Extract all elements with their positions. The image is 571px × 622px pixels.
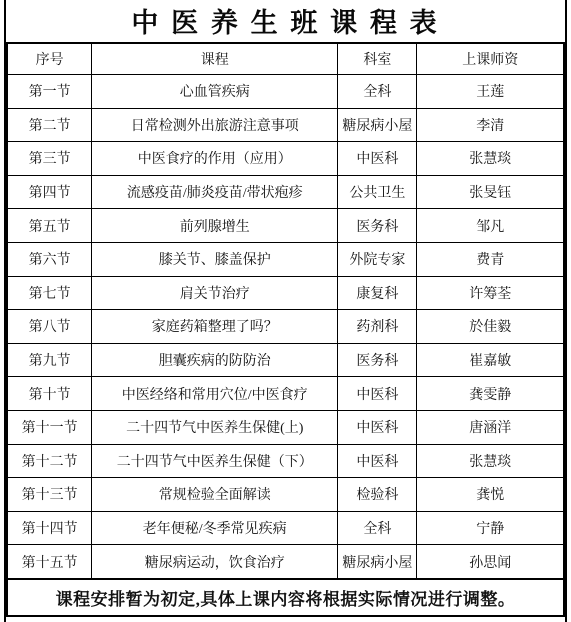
- footer-note: 课程安排暂为初定,具体上课内容将根据实际情况进行调整。: [7, 579, 564, 616]
- department-cell: 医务科: [338, 209, 417, 243]
- teacher-cell: 许筹荃: [417, 276, 564, 310]
- department-cell: 药剂科: [338, 310, 417, 344]
- department-cell: 中医科: [338, 142, 417, 176]
- session-cell: 第十节: [7, 377, 92, 411]
- course-cell: 前列腺增生: [92, 209, 338, 243]
- session-cell: 第五节: [7, 209, 92, 243]
- schedule-table-body: 第一节心血管疾病全科王莲第二节日常检测外出旅游注意事项糖尿病小屋李清第三节中医食…: [7, 75, 564, 579]
- table-row: 第十五节糖尿病运动，饮食治疗糖尿病小屋孙思闻: [7, 545, 564, 579]
- session-cell: 第八节: [7, 310, 92, 344]
- table-row: 第九节胆囊疾病的防防治医务科崔嘉敏: [7, 343, 564, 377]
- schedule-sheet: 中 医 养 生 班 课 程 表 序号 课程 科室 上课师资 第一节心血管疾病全科…: [4, 0, 567, 622]
- course-cell: 心血管疾病: [92, 75, 338, 109]
- department-cell: 糖尿病小屋: [338, 108, 417, 142]
- table-row: 第十四节老年便秘/冬季常见疾病全科宁静: [7, 511, 564, 545]
- header-session: 序号: [7, 43, 92, 75]
- session-cell: 第六节: [7, 242, 92, 276]
- department-cell: 糖尿病小屋: [338, 545, 417, 579]
- header-teacher: 上课师资: [417, 43, 564, 75]
- table-row: 第五节前列腺增生医务科邹凡: [7, 209, 564, 243]
- table-row: 第十三节常规检验全面解读检验科龚悦: [7, 478, 564, 512]
- session-cell: 第四节: [7, 175, 92, 209]
- course-cell: 中医经络和常用穴位/中医食疗: [92, 377, 338, 411]
- course-cell: 日常检测外出旅游注意事项: [92, 108, 338, 142]
- course-cell: 二十四节气中医养生保健（下）: [92, 444, 338, 478]
- course-cell: 中医食疗的作用（应用）: [92, 142, 338, 176]
- session-cell: 第十二节: [7, 444, 92, 478]
- session-cell: 第三节: [7, 142, 92, 176]
- teacher-cell: 王莲: [417, 75, 564, 109]
- table-row: 第十一节二十四节气中医养生保健(上)中医科唐涵洋: [7, 410, 564, 444]
- course-cell: 二十四节气中医养生保健(上): [92, 410, 338, 444]
- session-cell: 第十四节: [7, 511, 92, 545]
- session-cell: 第二节: [7, 108, 92, 142]
- teacher-cell: 龚雯静: [417, 377, 564, 411]
- department-cell: 检验科: [338, 478, 417, 512]
- department-cell: 公共卫生: [338, 175, 417, 209]
- session-cell: 第十三节: [7, 478, 92, 512]
- teacher-cell: 龚悦: [417, 478, 564, 512]
- schedule-document: { "title": "中 医 养 生 班 课 程 表", "table": {…: [0, 0, 571, 622]
- session-cell: 第七节: [7, 276, 92, 310]
- header-department: 科室: [338, 43, 417, 75]
- session-cell: 第九节: [7, 343, 92, 377]
- table-row: 第七节肩关节治疗康复科许筹荃: [7, 276, 564, 310]
- department-cell: 外院专家: [338, 242, 417, 276]
- teacher-cell: 费青: [417, 242, 564, 276]
- table-row: 第四节流感疫苗/肺炎疫苗/带状疱疹公共卫生张旻钰: [7, 175, 564, 209]
- department-cell: 全科: [338, 75, 417, 109]
- table-row: 第一节心血管疾病全科王莲: [7, 75, 564, 109]
- course-cell: 流感疫苗/肺炎疫苗/带状疱疹: [92, 175, 338, 209]
- teacher-cell: 孙思闻: [417, 545, 564, 579]
- department-cell: 康复科: [338, 276, 417, 310]
- teacher-cell: 宁静: [417, 511, 564, 545]
- course-cell: 肩关节治疗: [92, 276, 338, 310]
- table-row: 第八节家庭药箱整理了吗？药剂科於佳毅: [7, 310, 564, 344]
- department-cell: 中医科: [338, 444, 417, 478]
- table-row: 第十二节二十四节气中医养生保健（下）中医科张慧琰: [7, 444, 564, 478]
- schedule-table: 序号 课程 科室 上课师资 第一节心血管疾病全科王莲第二节日常检测外出旅游注意事…: [6, 42, 565, 617]
- course-cell: 膝关节、膝盖保护: [92, 242, 338, 276]
- department-cell: 中医科: [338, 410, 417, 444]
- teacher-cell: 邹凡: [417, 209, 564, 243]
- session-cell: 第十一节: [7, 410, 92, 444]
- teacher-cell: 李清: [417, 108, 564, 142]
- header-course: 课程: [92, 43, 338, 75]
- teacher-cell: 崔嘉敏: [417, 343, 564, 377]
- footer-row: 课程安排暂为初定,具体上课内容将根据实际情况进行调整。: [7, 579, 564, 616]
- course-cell: 常规检验全面解读: [92, 478, 338, 512]
- course-cell: 糖尿病运动，饮食治疗: [92, 545, 338, 579]
- teacher-cell: 张慧琰: [417, 142, 564, 176]
- table-row: 第二节日常检测外出旅游注意事项糖尿病小屋李清: [7, 108, 564, 142]
- table-row: 第六节膝关节、膝盖保护外院专家费青: [7, 242, 564, 276]
- session-cell: 第十五节: [7, 545, 92, 579]
- course-cell: 老年便秘/冬季常见疾病: [92, 511, 338, 545]
- teacher-cell: 於佳毅: [417, 310, 564, 344]
- table-row: 第十节中医经络和常用穴位/中医食疗中医科龚雯静: [7, 377, 564, 411]
- teacher-cell: 张旻钰: [417, 175, 564, 209]
- table-header-row: 序号 课程 科室 上课师资: [7, 43, 564, 75]
- teacher-cell: 唐涵洋: [417, 410, 564, 444]
- page-title: 中 医 养 生 班 课 程 表: [6, 0, 565, 42]
- course-cell: 胆囊疾病的防防治: [92, 343, 338, 377]
- table-row: 第三节中医食疗的作用（应用）中医科张慧琰: [7, 142, 564, 176]
- department-cell: 中医科: [338, 377, 417, 411]
- department-cell: 全科: [338, 511, 417, 545]
- course-cell: 家庭药箱整理了吗？: [92, 310, 338, 344]
- department-cell: 医务科: [338, 343, 417, 377]
- teacher-cell: 张慧琰: [417, 444, 564, 478]
- session-cell: 第一节: [7, 75, 92, 109]
